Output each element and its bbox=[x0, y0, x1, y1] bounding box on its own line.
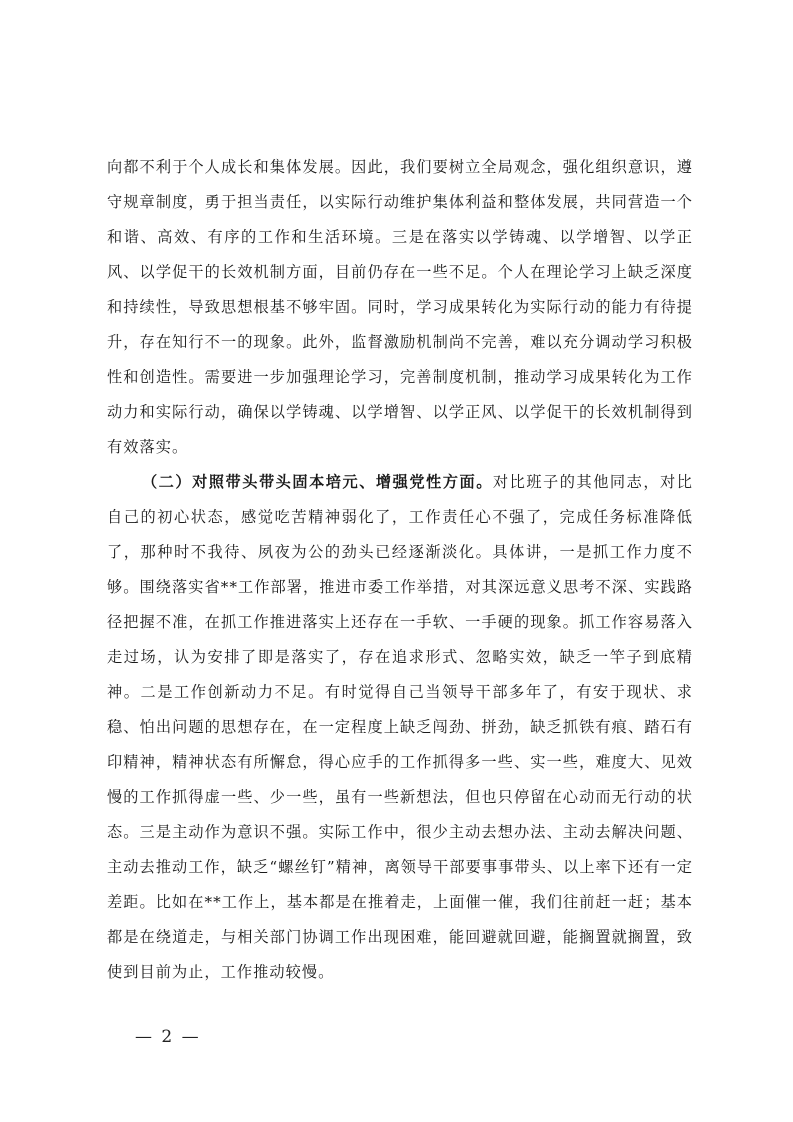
paragraph-1-text: 向都不利于个人成长和集体发展。因此，我们要树立全局观念，强化组织意识，遵守规章制… bbox=[107, 158, 693, 456]
paragraph-1: 向都不利于个人成长和集体发展。因此，我们要树立全局观念，强化组织意识，遵守规章制… bbox=[107, 150, 693, 465]
paragraph-2-text: 对比班子的其他同志，对比自己的初心状态，感觉吃苦精神弱化了，工作责任心不强了，完… bbox=[107, 473, 693, 981]
document-body: 向都不利于个人成长和集体发展。因此，我们要树立全局观念，强化组织意识，遵守规章制… bbox=[107, 150, 693, 990]
page-number: — 2 — bbox=[135, 1027, 201, 1047]
section-heading-2: （二）对照带头带头固本培元、增强党性方面。 bbox=[142, 473, 493, 491]
paragraph-2: （二）对照带头带头固本培元、增强党性方面。对比班子的其他同志，对比自己的初心状态… bbox=[107, 465, 693, 990]
